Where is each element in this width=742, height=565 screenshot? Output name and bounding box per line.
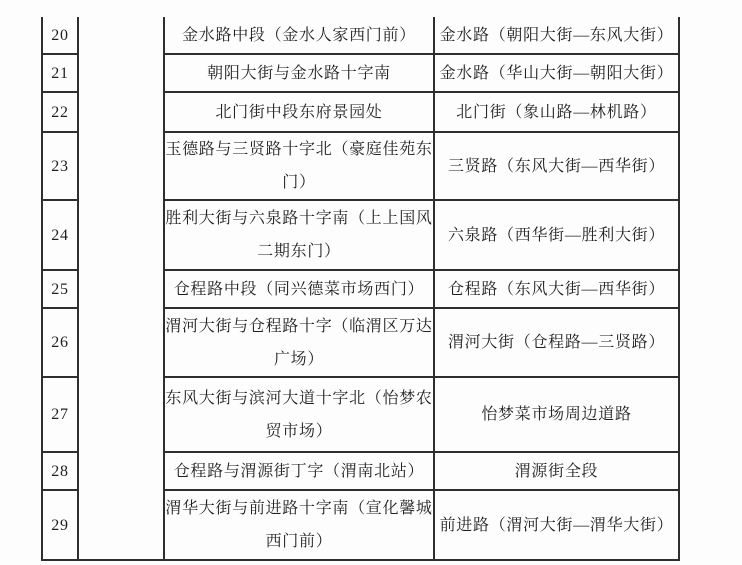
- road-section-cell: 怡梦菜市场周边道路: [434, 377, 679, 452]
- location-cell: 东风大街与滨河大道十字北（怡梦农贸市场）: [164, 377, 434, 452]
- road-section-cell: 三贤路（东风大街—西华街）: [434, 132, 679, 200]
- location-cell: 仓程路与渭源街丁字（渭南北站）: [164, 452, 434, 490]
- road-section-cell: 金水路（华山大街—朝阳大街）: [434, 54, 679, 92]
- road-section-cell: 六泉路（西华街—胜利大街）: [434, 200, 679, 270]
- location-cell: 朝阳大街与金水路十字南: [164, 54, 434, 92]
- row-number-cell: 21: [42, 54, 78, 92]
- road-section-cell: 渭河大街（仓程路—三贤路）: [434, 308, 679, 377]
- row-number-cell: 22: [42, 92, 78, 132]
- merged-category-cell: [78, 17, 164, 560]
- row-number-cell: 23: [42, 132, 78, 200]
- row-number-cell: 24: [42, 200, 78, 270]
- road-section-cell: 渭源街全段: [434, 452, 679, 490]
- row-number-cell: 25: [42, 270, 78, 308]
- location-cell: 胜利大街与六泉路十字南（上上国风二期东门）: [164, 200, 434, 270]
- table-row: 20 金水路中段（金水人家西门前） 金水路（朝阳大街—东风大街）: [42, 17, 679, 54]
- location-cell: 玉德路与三贤路十字北（豪庭佳苑东门）: [164, 132, 434, 200]
- row-number-cell: 20: [42, 17, 78, 54]
- location-cell: 金水路中段（金水人家西门前）: [164, 17, 434, 54]
- document-page: 20 金水路中段（金水人家西门前） 金水路（朝阳大街—东风大街） 21 朝阳大街…: [0, 0, 742, 565]
- road-sections-table: 20 金水路中段（金水人家西门前） 金水路（朝阳大街—东风大街） 21 朝阳大街…: [41, 17, 680, 561]
- road-section-cell: 前进路（渭河大街—渭华大街）: [434, 490, 679, 560]
- location-cell: 渭华大街与前进路十字南（宣化馨城西门前）: [164, 490, 434, 560]
- road-section-cell: 北门街（象山路—林机路）: [434, 92, 679, 132]
- row-number-cell: 26: [42, 308, 78, 377]
- road-section-cell: 仓程路（东风大街—西华街）: [434, 270, 679, 308]
- row-number-cell: 29: [42, 490, 78, 560]
- row-number-cell: 28: [42, 452, 78, 490]
- location-cell: 北门街中段东府景园处: [164, 92, 434, 132]
- location-cell: 渭河大街与仓程路十字（临渭区万达广场）: [164, 308, 434, 377]
- row-number-cell: 27: [42, 377, 78, 452]
- road-section-cell: 金水路（朝阳大街—东风大街）: [434, 17, 679, 54]
- location-cell: 仓程路中段（同兴德菜市场西门）: [164, 270, 434, 308]
